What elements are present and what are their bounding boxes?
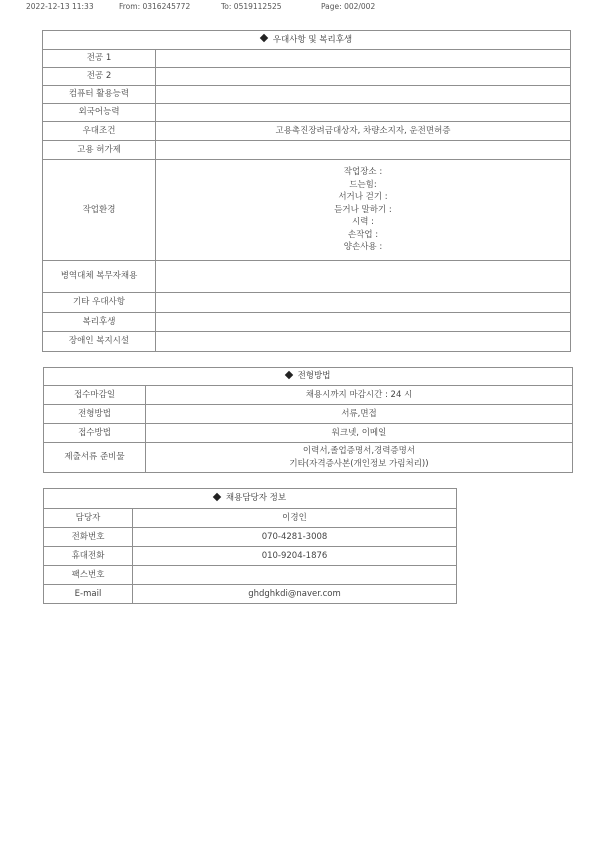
table-row: 복리후생 — [43, 313, 571, 332]
row-label: 컴퓨터 활용능력 — [43, 86, 156, 104]
table-row: 고용 허가제 — [43, 141, 571, 160]
row-value — [156, 261, 571, 293]
row-label: 우대조건 — [43, 122, 156, 141]
row-value — [156, 313, 571, 332]
row-label: 전형방법 — [44, 405, 146, 424]
row-label: 팩스번호 — [44, 566, 133, 585]
row-label: E-mail — [44, 585, 133, 604]
work-env-line: 시력 : — [160, 216, 566, 229]
work-env-line: 손작업 : — [160, 229, 566, 242]
benefits-table: 우대사항 및 복리후생 전공 1 전공 2 컴퓨터 활용능력 외국어능력 우대조… — [42, 30, 571, 352]
diamond-icon — [213, 493, 221, 501]
row-value — [156, 68, 571, 86]
table-row: 전화번호 070-4281-3008 — [44, 528, 457, 547]
fax-to: To: 0519112525 — [221, 2, 282, 11]
fax-datetime: 2022-12-13 11:33 — [26, 2, 94, 11]
table-row: 컴퓨터 활용능력 — [43, 86, 571, 104]
work-env-line: 작업장소 : — [160, 166, 566, 179]
row-label: 접수마감일 — [44, 386, 146, 405]
row-value — [156, 293, 571, 313]
documents-line: 이력서,졸업증명서,경력증명서 — [150, 445, 568, 458]
row-label: 담당자 — [44, 509, 133, 528]
diamond-icon — [260, 34, 268, 42]
row-label: 병역대체 복무자채용 — [43, 261, 156, 293]
selection-title: 전형방법 — [44, 368, 573, 386]
row-label: 장애인 복지시설 — [43, 332, 156, 352]
row-label: 제출서류 준비물 — [44, 443, 146, 473]
table-row-work-env: 작업환경 작업장소 : 드는힘: 서거나 걷기 : 듣거나 말하기 : 시력 :… — [43, 160, 571, 261]
table-row: 전공 1 — [43, 50, 571, 68]
row-value — [156, 332, 571, 352]
table-row: E-mail ghdghkdi@naver.com — [44, 585, 457, 604]
row-value: 070-4281-3008 — [133, 528, 457, 547]
row-label: 기타 우대사항 — [43, 293, 156, 313]
contact-title: 채용담당자 정보 — [44, 489, 457, 509]
work-env-values: 작업장소 : 드는힘: 서거나 걷기 : 듣거나 말하기 : 시력 : 손작업 … — [156, 160, 571, 261]
table-row: 기타 우대사항 — [43, 293, 571, 313]
table-row: 팩스번호 — [44, 566, 457, 585]
row-label: 접수방법 — [44, 424, 146, 443]
row-value — [156, 104, 571, 122]
fax-page: Page: 002/002 — [321, 2, 375, 11]
row-label: 작업환경 — [43, 160, 156, 261]
row-value — [156, 86, 571, 104]
row-value: 고용촉진장려금대상자, 차량소지자, 운전면허증 — [156, 122, 571, 141]
fax-header: 2022-12-13 11:33 From: 0316245772 To: 05… — [0, 1, 600, 15]
table-row: 담당자 이경인 — [44, 509, 457, 528]
row-value: 서류,면접 — [146, 405, 573, 424]
row-label: 전화번호 — [44, 528, 133, 547]
fax-from: From: 0316245772 — [119, 2, 190, 11]
row-value — [156, 50, 571, 68]
selection-table: 전형방법 접수마감일 채용시까지 마감시간 : 24 시 전형방법 서류,면접 … — [43, 367, 573, 473]
contact-table: 채용담당자 정보 담당자 이경인 전화번호 070-4281-3008 휴대전화… — [43, 488, 457, 604]
table-row: 제출서류 준비물 이력서,졸업증명서,경력증명서 기타(자격증사본(개인정보 가… — [44, 443, 573, 473]
row-value — [133, 566, 457, 585]
row-label: 고용 허가제 — [43, 141, 156, 160]
row-label: 복리후생 — [43, 313, 156, 332]
table-row: 우대조건 고용촉진장려금대상자, 차량소지자, 운전면허증 — [43, 122, 571, 141]
documents-line: 기타(자격증사본(개인정보 가림처리)) — [150, 458, 568, 471]
table-row: 병역대체 복무자채용 — [43, 261, 571, 293]
table-row: 장애인 복지시설 — [43, 332, 571, 352]
benefits-title: 우대사항 및 복리후생 — [43, 31, 571, 50]
table-row: 접수방법 워크넷, 이메일 — [44, 424, 573, 443]
work-env-line: 듣거나 말하기 : — [160, 204, 566, 217]
table-row: 전형방법 서류,면접 — [44, 405, 573, 424]
diamond-icon — [284, 371, 292, 379]
row-value: 이경인 — [133, 509, 457, 528]
email-value: ghdghkdi@naver.com — [133, 585, 457, 604]
row-value: 채용시까지 마감시간 : 24 시 — [146, 386, 573, 405]
table-row: 외국어능력 — [43, 104, 571, 122]
documents-values: 이력서,졸업증명서,경력증명서 기타(자격증사본(개인정보 가림처리)) — [146, 443, 573, 473]
table-row: 휴대전화 010-9204-1876 — [44, 547, 457, 566]
work-env-line: 양손사용 : — [160, 241, 566, 254]
row-label: 전공 2 — [43, 68, 156, 86]
row-label: 휴대전화 — [44, 547, 133, 566]
work-env-line: 서거나 걷기 : — [160, 191, 566, 204]
work-env-line: 드는힘: — [160, 179, 566, 192]
row-value: 워크넷, 이메일 — [146, 424, 573, 443]
row-label: 전공 1 — [43, 50, 156, 68]
row-value: 010-9204-1876 — [133, 547, 457, 566]
table-row: 전공 2 — [43, 68, 571, 86]
row-label: 외국어능력 — [43, 104, 156, 122]
row-value — [156, 141, 571, 160]
table-row: 접수마감일 채용시까지 마감시간 : 24 시 — [44, 386, 573, 405]
